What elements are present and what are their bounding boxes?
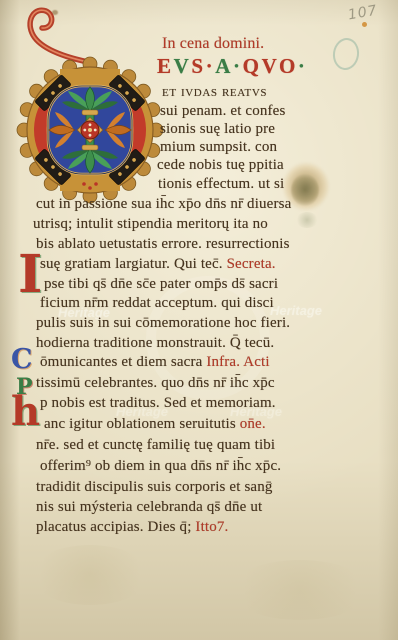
folio-number: 107 xyxy=(347,3,379,24)
rubric-text: E xyxy=(157,54,174,78)
parchment-stain-core xyxy=(291,174,319,206)
body-text: tionis effectum. ut si xyxy=(158,176,284,192)
text-line-10: utrisq; intulit stipendia meritorų ita n… xyxy=(33,217,268,232)
body-text: tradidit discipulis suis corporis et san… xyxy=(36,479,273,495)
rubric-text: Secreta. xyxy=(227,256,276,272)
initial-h-hanc: h xyxy=(11,394,40,430)
body-text: nr̄e. sed et cunctę familię tuę quam tib… xyxy=(36,437,275,453)
rubric-text: Itto7. xyxy=(195,519,228,535)
rubric-text: on̄e. xyxy=(240,416,266,432)
parchment-stain-tail xyxy=(296,212,318,228)
body-text: ficium nr̄m reddat acceptum. qui disci xyxy=(40,295,274,311)
body-text: cede nobis tuę ppitia xyxy=(157,157,284,173)
rubric-text: O xyxy=(279,54,298,78)
text-line-19: p nobis est traditus. Sed et memoriam. xyxy=(40,396,276,411)
text-line-23: tradidit discipulis suis corporis et san… xyxy=(36,480,273,495)
text-line-14: ficium nr̄m reddat acceptum. qui disci xyxy=(40,296,274,311)
body-text: offerim⁹ ob diem in qua dn̄s nr̄ ih̄c xp… xyxy=(40,458,281,474)
initial-d-medallion xyxy=(16,52,164,204)
body-text: A xyxy=(215,54,233,78)
rubric-text: Q xyxy=(243,54,262,78)
show-through-ring xyxy=(331,36,361,71)
body-text: tissimū celebrantes. quo dn̄s nr̄ ih̄c x… xyxy=(36,375,275,391)
text-line-20: anc igitur oblationem seruitutis on̄e. xyxy=(44,417,266,432)
text-line-12: suę gratiam largiatur. Qui tec̄. Secreta… xyxy=(40,257,276,272)
body-text: · xyxy=(233,54,243,78)
rubric-text: S xyxy=(191,54,205,78)
body-text: hodierna traditione monstrauit. Q̄ tecū. xyxy=(36,335,274,351)
initial-i-ipse: I xyxy=(18,252,42,299)
body-text: V xyxy=(174,54,192,78)
text-line-15: pulis suis in sui cōmemoratione hoc fier… xyxy=(36,316,290,331)
text-line-8: tionis effectum. ut si xyxy=(158,177,284,192)
text-line-4: sui penam. et confes xyxy=(160,104,285,119)
body-text: pulis suis in sui cōmemoratione hoc fier… xyxy=(36,315,290,331)
body-text: · xyxy=(298,54,308,78)
text-line-25: placatus accipias. Dies q̄; Itto7. xyxy=(36,520,228,535)
text-line-24: nis sui mýsteria celebranda qs̄ dn̄e ut xyxy=(36,500,262,515)
body-text: sionis suę latio pre xyxy=(160,121,275,137)
parchment-blotch xyxy=(30,545,150,605)
body-text: suę gratiam largiatur. Qui tec̄. xyxy=(40,256,227,272)
text-line-13: pse tibi qs̄ dn̄e sc̄e pater omp̄s ds̄ s… xyxy=(44,277,278,292)
body-text: et ivdas reatvs xyxy=(162,84,267,100)
parchment-blotch xyxy=(230,560,370,620)
body-text: mium sumpsit. con xyxy=(160,139,277,155)
rubric-text: In cena domini. xyxy=(162,35,264,52)
rubric-text: V xyxy=(262,54,279,78)
body-text: cut in passione sua ih̄c xp̄o dn̄s nr̄ d… xyxy=(36,196,291,212)
manuscript-page: Heritage Heritage Heritage Heritage 107 xyxy=(0,0,398,640)
text-line-1: In cena domini. xyxy=(162,36,264,52)
rubric-text: Infra. Acti xyxy=(206,354,269,370)
orange-dot-mark xyxy=(362,22,367,27)
body-text: anc igitur oblationem seruitutis xyxy=(44,416,240,432)
text-line-17: ōmunicantes et diem sacra Infra. Acti xyxy=(40,355,270,370)
body-text: sui penam. et confes xyxy=(160,103,285,119)
text-line-6: mium sumpsit. con xyxy=(160,140,277,155)
text-line-7: cede nobis tuę ppitia xyxy=(157,158,284,173)
body-text: utrisq; intulit stipendia meritorų ita n… xyxy=(33,216,268,232)
text-line-18: tissimū celebrantes. quo dn̄s nr̄ ih̄c x… xyxy=(36,376,275,391)
text-line-9: cut in passione sua ih̄c xp̄o dn̄s nr̄ d… xyxy=(36,197,291,212)
initial-c-communicantes: C xyxy=(11,348,33,372)
body-text: pse tibi qs̄ dn̄e sc̄e pater omp̄s ds̄ s… xyxy=(44,276,278,292)
text-line-22: offerim⁹ ob diem in qua dn̄s nr̄ ih̄c xp… xyxy=(40,459,281,474)
text-line-16: hodierna traditione monstrauit. Q̄ tecū. xyxy=(36,336,274,351)
body-text: p nobis est traditus. Sed et memoriam. xyxy=(40,395,276,411)
rubric-text: · xyxy=(206,54,216,78)
body-text: placatus accipias. Dies q̄; xyxy=(36,519,195,535)
text-line-3: et ivdas reatvs xyxy=(162,85,267,100)
text-line-21: nr̄e. sed et cunctę familię tuę quam tib… xyxy=(36,438,275,453)
body-text: nis sui mýsteria celebranda qs̄ dn̄e ut xyxy=(36,499,262,515)
text-line-5: sionis suę latio pre xyxy=(160,122,275,137)
text-line-11: bis ablato uetustatis errore. resurrecti… xyxy=(36,237,290,252)
text-line-2: EVS·A·QVO· xyxy=(157,56,307,77)
body-text: bis ablato uetustatis errore. resurrecti… xyxy=(36,236,290,252)
body-text: ōmunicantes et diem sacra xyxy=(40,354,206,370)
